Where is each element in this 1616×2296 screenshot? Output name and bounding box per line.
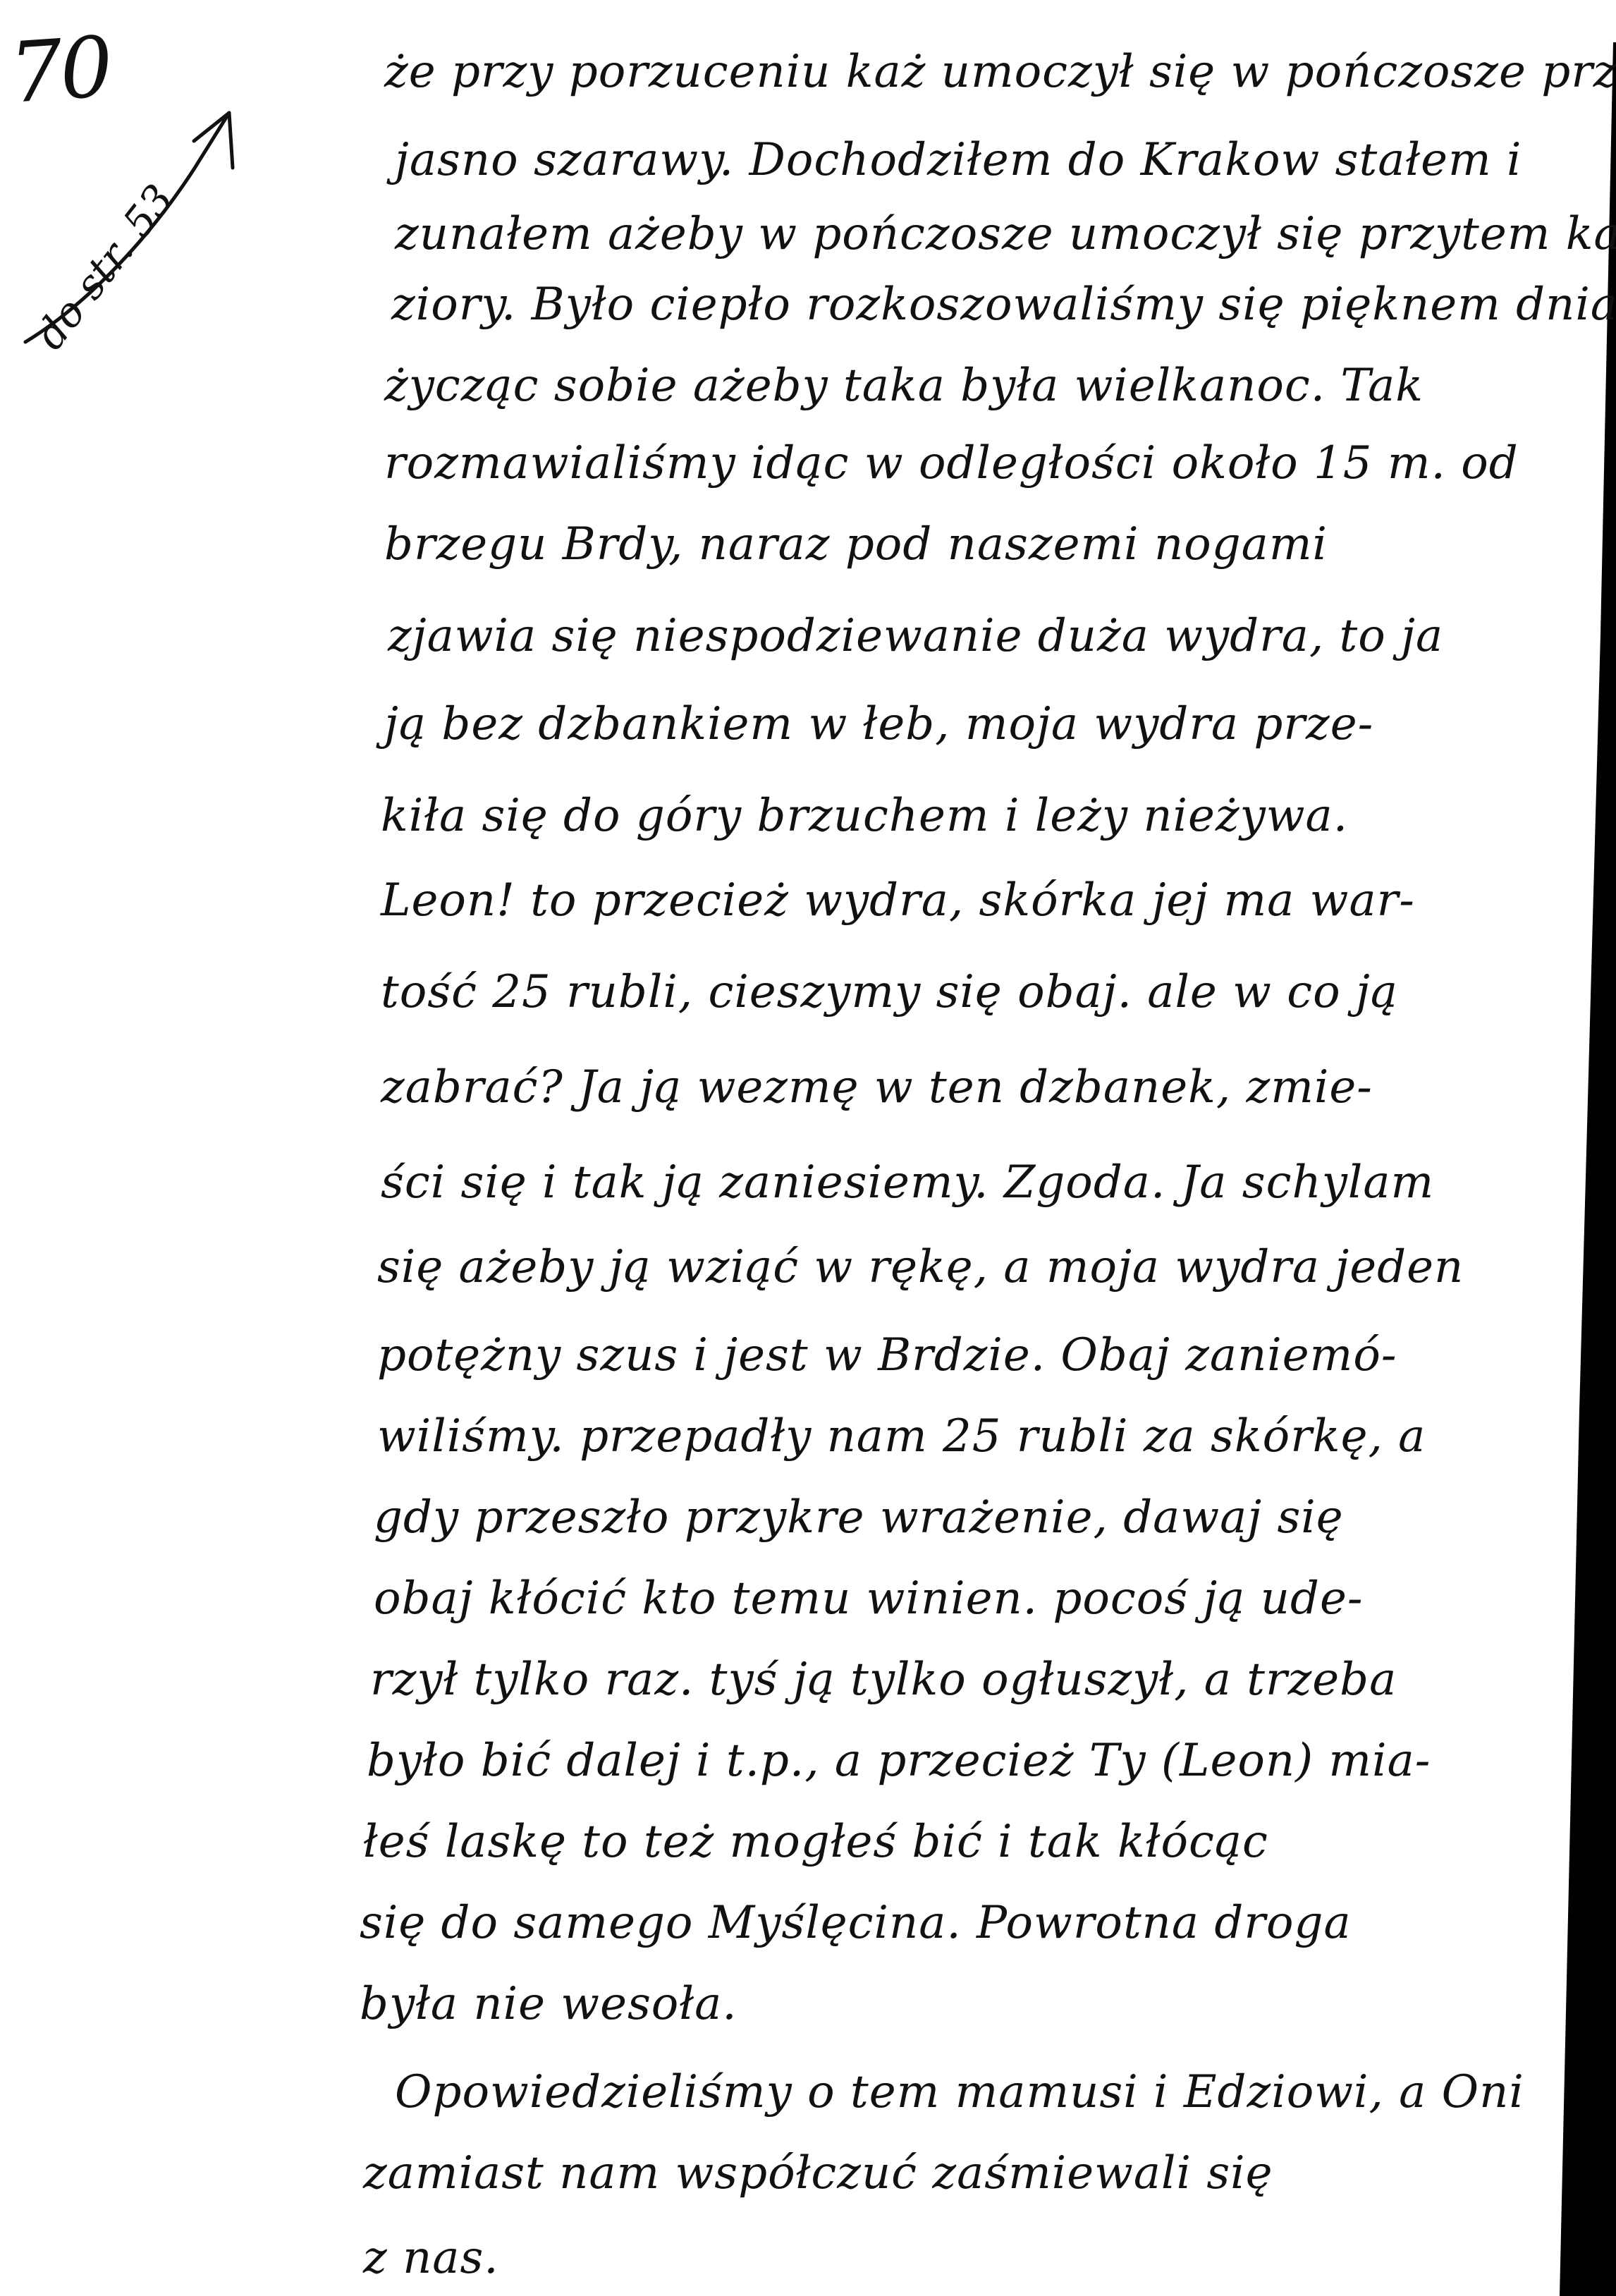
text-line: ziory. Było ciepło rozkoszowaliśmy się p…	[391, 279, 1616, 331]
text-line: obaj kłócić kto temu winien. pocoś ją ud…	[374, 1573, 1363, 1625]
text-line: rzył tylko raz. tyś ją tylko ogłuszył, a…	[370, 1654, 1397, 1706]
text-line: brzegu Brdy, naraz pod naszemi nogami	[384, 518, 1328, 570]
text-line: tość 25 rubli, cieszymy się obaj. ale w …	[381, 966, 1398, 1018]
manuscript-page: 70 do str. 53 że przy porzuceniu każ umo…	[0, 0, 1616, 2296]
text-line: zjawia się niespodziewanie duża wydra, t…	[388, 610, 1443, 662]
text-line: jasno szarawy. Dochodziłem do Krakow sta…	[395, 134, 1522, 186]
text-line: rozmawialiśmy idąc w odległości około 15…	[384, 437, 1519, 489]
text-line: zunałem ażeby w pończosze umoczył się pr…	[395, 208, 1616, 260]
text-line: wiliśmy. przepadły nam 25 rubli za skórk…	[377, 1410, 1426, 1463]
text-line: ją bez dzbankiem w łeb, moja wydra prze-	[384, 698, 1373, 750]
text-line: Opowiedzieliśmy o tem mamusi i Edziowi, …	[395, 2066, 1524, 2118]
text-line: była nie wesoła.	[360, 1978, 737, 2030]
text-line: łeś laskę to też mogłeś bić i tak kłócąc	[363, 1816, 1268, 1868]
text-line: zamiast nam współczuć zaśmiewali się	[363, 2147, 1273, 2199]
text-line: ści się i tak ją zaniesiemy. Zgoda. Ja s…	[381, 1156, 1434, 1209]
text-line: kiła się do góry brzuchem i leży nieżywa…	[381, 790, 1348, 842]
text-line: się ażeby ją wziąć w rękę, a moja wydra …	[377, 1241, 1464, 1293]
text-line: potężny szus i jest w Brdzie. Obaj zanie…	[377, 1329, 1397, 1381]
text-line: życząc sobie ażeby taka była wielkanoc. …	[384, 360, 1424, 412]
text-line: gdy przeszło przykre wrażenie, dawaj się	[374, 1491, 1344, 1544]
text-line: zabrać? Ja ją wezmę w ten dzbanek, zmie-	[381, 1061, 1373, 1113]
text-line: było bić dalej i t.p., a przecież Ty (Le…	[367, 1735, 1431, 1787]
text-line: z nas.	[363, 2232, 499, 2284]
text-line: Leon! to przecież wydra, skórka jej ma w…	[381, 874, 1415, 927]
text-line: że przy porzuceniu każ umoczył się w poń…	[384, 46, 1616, 98]
text-line: się do samego Myślęcina. Powrotna droga	[360, 1897, 1352, 1949]
